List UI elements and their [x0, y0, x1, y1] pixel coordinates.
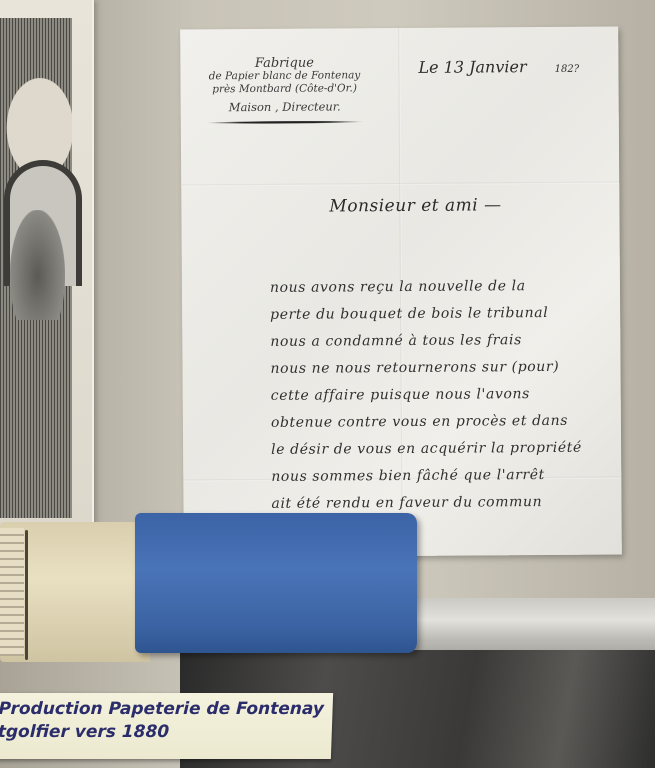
date-year: 182? [555, 64, 580, 75]
body-line: perte du bouquet de bois le tribunal [270, 300, 610, 329]
letter-date: Le 13 Janvier182? [418, 57, 579, 77]
roll-edge-line [25, 530, 28, 660]
handwritten-letter: Fabrique de Papier blanc de Fontenay prè… [180, 26, 622, 557]
body-line: nous ne nous retournerons sur (pour) [270, 354, 610, 383]
body-line: nous a condamné à tous les frais [270, 327, 610, 356]
body-line: le désir de vous en acquérir la propriét… [271, 435, 611, 464]
body-line: nous avons reçu la nouvelle de la [270, 273, 610, 302]
body-line: nous sommes bien fâché que l'arrêt [271, 462, 611, 491]
body-line: obtenue contre vous en procès et dans [271, 408, 611, 437]
caption-label: Production Papeterie de Fontenay tgolfie… [0, 693, 333, 759]
engraving-print [0, 0, 94, 530]
body-line: cette affaire puisque nous l'avons [271, 381, 611, 410]
printed-paper-edge [0, 528, 24, 656]
caption-line1: Production Papeterie de Fontenay [0, 698, 324, 721]
salutation: Monsieur et ami — [329, 195, 501, 216]
letterhead-line1: de Papier blanc de Fontenay [194, 69, 374, 83]
caption-line2: tgolfier vers 1880 [0, 721, 324, 744]
letter-body: nous avons reçu la nouvelle de la perte … [270, 273, 612, 518]
letterhead: Fabrique de Papier blanc de Fontenay prè… [194, 56, 374, 124]
letterhead-director: Maison , Directeur. [195, 100, 375, 114]
grey-paper-roll [415, 598, 655, 642]
letterhead-rule [205, 120, 365, 124]
engraving-tree [10, 210, 65, 320]
letterhead-line2: près Montbard (Côte-d'Or.) [195, 82, 375, 96]
caption-text: Production Papeterie de Fontenay tgolfie… [0, 698, 324, 744]
blue-paper-roll [135, 513, 417, 653]
letterhead-title: Fabrique [194, 56, 374, 70]
date-text: Le 13 Janvier [418, 57, 526, 77]
